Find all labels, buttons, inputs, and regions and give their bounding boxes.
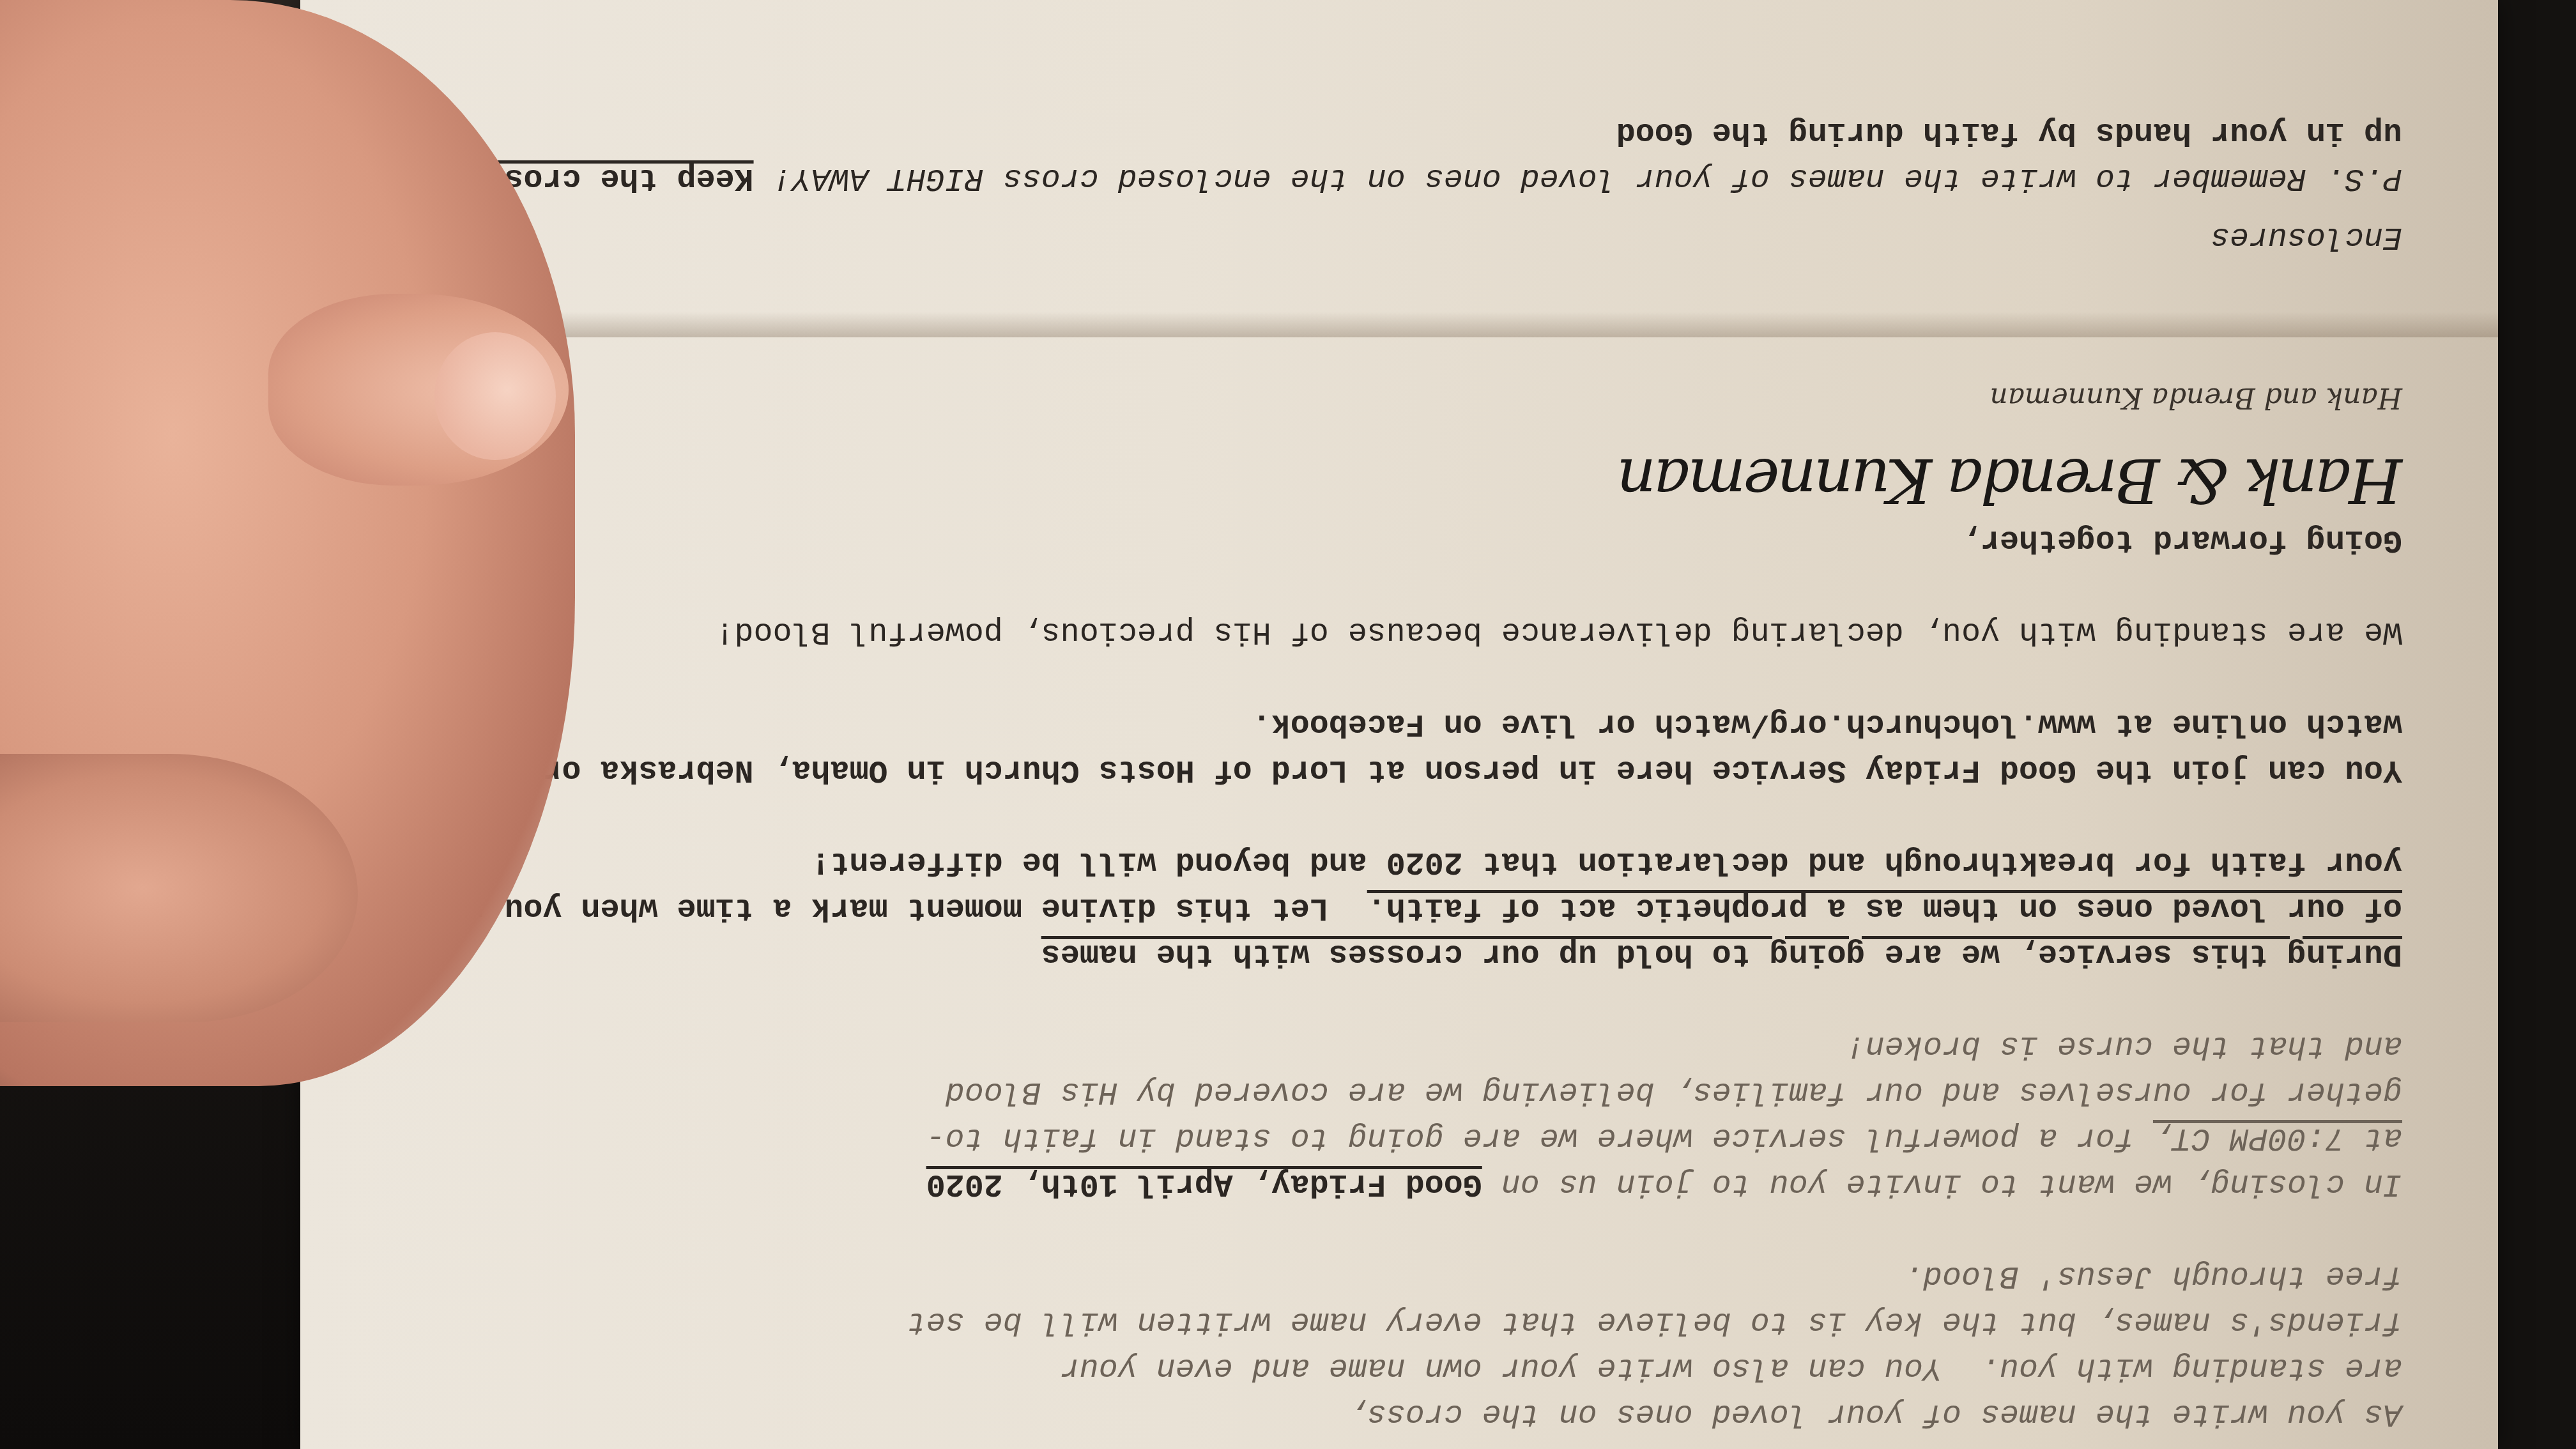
service-underlined: During this service, we are going to hol… <box>1041 935 2402 972</box>
closing-line: Going forward together, <box>294 516 2402 562</box>
invite-line-4: and that the curse is broken! <box>1846 1027 2402 1064</box>
invite-line-3: gether for ourselves and our families, b… <box>946 1073 2402 1110</box>
good-friday-date: Good Friday, April 10th, 2020 <box>926 1165 1482 1202</box>
handwritten-signature: Hank & Brenda Kunneman <box>294 420 2402 503</box>
paragraph-join: You can join the Good Friday Service her… <box>294 700 2402 792</box>
intro-line-3: friends's names, but the key is to belie… <box>907 1303 2402 1340</box>
service-time: at 7:00PM CT, <box>2153 1119 2402 1156</box>
ps-keep-cross: Keep the cross <box>485 160 753 196</box>
paragraph-standing: We are standing with you, declaring deli… <box>294 608 2402 654</box>
invite-text: In closing, we want to invite you to joi… <box>1482 1165 2402 1202</box>
thumbnail <box>434 332 556 460</box>
invite-text-2: for a powerful service where we are goin… <box>926 1119 2153 1156</box>
enclosures-label: Enclosures <box>294 213 2402 259</box>
intro-line-1: As you write the names of your loved one… <box>1348 1395 2402 1432</box>
letter-body: As you write the names of your loved one… <box>294 109 2402 1436</box>
ps-line-1: P.S. Remember to write the names of your… <box>1003 160 2402 196</box>
service-underlined-2: of our loved ones on them as a prophetic… <box>1367 889 2402 926</box>
paragraph-closing-invite: In closing, we want to invite you to joi… <box>294 1022 2402 1206</box>
letter-paper: As you write the names of your loved one… <box>300 0 2498 1449</box>
ps-right-away: RIGHT AWAY! <box>754 160 984 196</box>
intro-line-4: free through Jesus' Blood. <box>1904 1257 2402 1294</box>
paragraph-service: During this service, we are going to hol… <box>294 838 2402 976</box>
intro-line-2: are standing with you. You can also writ… <box>1061 1349 2402 1386</box>
paragraph-intro: As you write the names of your loved one… <box>294 1252 2402 1436</box>
typed-signature-name: Hank and Brenda Kunneman <box>294 374 2402 420</box>
postscript: P.S. Remember to write the names of your… <box>294 109 2402 201</box>
